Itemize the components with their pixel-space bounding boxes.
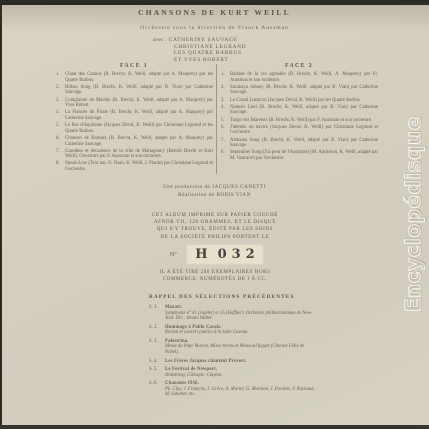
notice-line: AFNOR VII, 120 GRAMMES, ET LE DISQUE — [122, 219, 308, 226]
track-item: Speak-Low (Text am. O. Nash, K. Weill, J… — [56, 161, 213, 172]
selection-number: S. 2. — [149, 325, 157, 331]
track-item: Tango des Matelots (B. Brecht, K. Weill)… — [221, 118, 378, 124]
edition-notice: CET ALBUM IMPRIMÉ SUR PAPIER COUCHÉ AFNO… — [122, 212, 308, 241]
track-item: Ballade de la vie agréable (B. Brecht, K… — [221, 72, 378, 83]
track-item: J'attends un navire (Jacques Deval, K. W… — [221, 125, 378, 136]
artist-line: avec : CATHERINE SAUVAGE — [153, 37, 247, 44]
scan-edge-bottom — [0, 425, 429, 429]
selection-number: S. 4. — [149, 359, 157, 365]
selection-item: S. 4. Les Frères Jacques chantent Préver… — [149, 359, 339, 365]
orchestra-credit: Orchestre sous la direction de Franck Au… — [0, 25, 429, 31]
artist-name: CATHERINE SAUVAGE — [169, 37, 238, 43]
track-item: Chant des Canons (B. Brecht, K. Weill, a… — [56, 72, 213, 83]
side2-label: FACE 2 — [221, 63, 377, 69]
previous-selections: RAPPEL DES SÉLECTIONS PRÉCÉDENTES S. 1. … — [149, 294, 339, 401]
selection-number: S. 6. — [149, 381, 157, 387]
number-prefix: N° — [170, 252, 177, 258]
limited-line: COMMERCE, NUMÉROTÉS DE I À CC. — [122, 277, 308, 284]
copy-number-stamp: H 032 — [186, 244, 264, 265]
artist-name: LES QUATRE BARBUS — [174, 50, 247, 57]
scan-edge-left — [0, 0, 2, 429]
track-item: Le Grand Lustucru (Jacques Deval, K. Wei… — [221, 98, 378, 104]
track-item: La Fiancée du Pirate (B. Brecht, K. Weil… — [56, 110, 213, 121]
notice-line: QUI S'Y TROUVE, ÉDITÉ PAR LES SOINS — [122, 226, 308, 233]
track-item: Complainte de Mackie (B. Brecht, K. Weil… — [56, 98, 213, 109]
side1-label: FACE 1 — [56, 63, 212, 69]
column-divider — [216, 64, 217, 174]
album-title: CHANSONS DE KURT WEILL — [0, 8, 429, 17]
selection-item: S. 1. Mozart. Symphonie n° 41 (Jupiter) … — [149, 305, 339, 322]
production-credit: Une production de JACQUES CANETTI — [0, 184, 429, 190]
track-item: Alabama Song (B. Brecht, K. Weill, adapt… — [221, 138, 378, 149]
selection-detail: Ph. Clay, J. François, J. Gréco, A. Mart… — [165, 387, 315, 398]
selection-number: S. 3. — [149, 339, 157, 345]
previous-selections-heading: RAPPEL DES SÉLECTIONS PRÉCÉDENTES — [149, 294, 339, 300]
record-back-cover-scan: CHANSONS DE KURT WEILL Orchestre sous la… — [0, 0, 429, 429]
encyclopedisque-watermark: Encyclopédisque — [401, 142, 425, 312]
side2-tracklist: Ballade de la vie agréable (B. Brecht, K… — [221, 72, 378, 163]
selection-detail: Messe du Pape Marcel, Missa brevis et Mi… — [165, 344, 315, 355]
track-item: Grandeur et décadence de la ville de Mah… — [56, 149, 213, 160]
side1-tracklist: Chant des Canons (B. Brecht, K. Weill, a… — [56, 72, 213, 174]
selection-detail: Récital et concert publics à la Salle Ga… — [165, 330, 315, 336]
selection-number: S. 5. — [149, 367, 157, 373]
notice-line: DE LA SOCIÉTÉ PHILIPS PORTENT LE — [122, 234, 308, 241]
stamp-letter: H — [195, 247, 207, 262]
copy-number-row: N° H 032 — [0, 243, 429, 267]
artist-name: CHRISTIANE LEGRAND — [174, 44, 247, 51]
selection-item: S. 2. Hommage à Pablo Casals. Récital et… — [149, 325, 339, 336]
track-item: Le Roi d'Aquitaine (Jacques Deval, K. We… — [56, 123, 213, 134]
realisation-credit: Réalisation de BORIS VIAN — [0, 192, 429, 198]
limited-edition-note: IL A ÉTÉ TIRÉ 200 EXEMPLAIRES HORS COMME… — [122, 270, 308, 283]
track-item: Nanna's Lied (B. Brecht, K. Weill, adapt… — [221, 105, 378, 116]
notice-line: CET ALBUM IMPRIMÉ SUR PAPIER COUCHÉ — [122, 212, 308, 219]
selection-item: S. 3. Palestrina. Messe du Pape Marcel, … — [149, 339, 339, 356]
selection-number: S. 1. — [149, 305, 157, 311]
track-item: Bilbao Song (B. Brecht, K. Weill, adapté… — [56, 85, 213, 96]
stamp-digits: 032 — [218, 247, 260, 262]
limited-line: IL A ÉTÉ TIRÉ 200 EXEMPLAIRES HORS — [122, 270, 308, 277]
with-prefix: avec : — [153, 37, 167, 43]
selection-item: S. 6. Chansons 1956. Ph. Clay, J. Franço… — [149, 381, 339, 398]
selection-detail: Armstrong, Gillespie, Clayton. — [165, 373, 315, 379]
selection-title: Les Frères Jacques chantent Prévert. — [165, 359, 339, 365]
selection-detail: Symphonie n° 41 (Jupiter) et 35 (Haffner… — [165, 311, 315, 322]
artist-list: avec : CATHERINE SAUVAGE CHRISTIANE LEGR… — [153, 37, 247, 63]
track-item: Chanson de Barbara (B. Brecht, K. Weill,… — [56, 136, 213, 147]
selection-item: S. 5. Le Festival de Newport. Armstrong,… — [149, 367, 339, 378]
track-item: Surabaya Johnny (B. Brecht, K. Weill, ad… — [221, 85, 378, 96]
track-item: September Song (J'ai peur de l'Automne) … — [221, 150, 378, 161]
